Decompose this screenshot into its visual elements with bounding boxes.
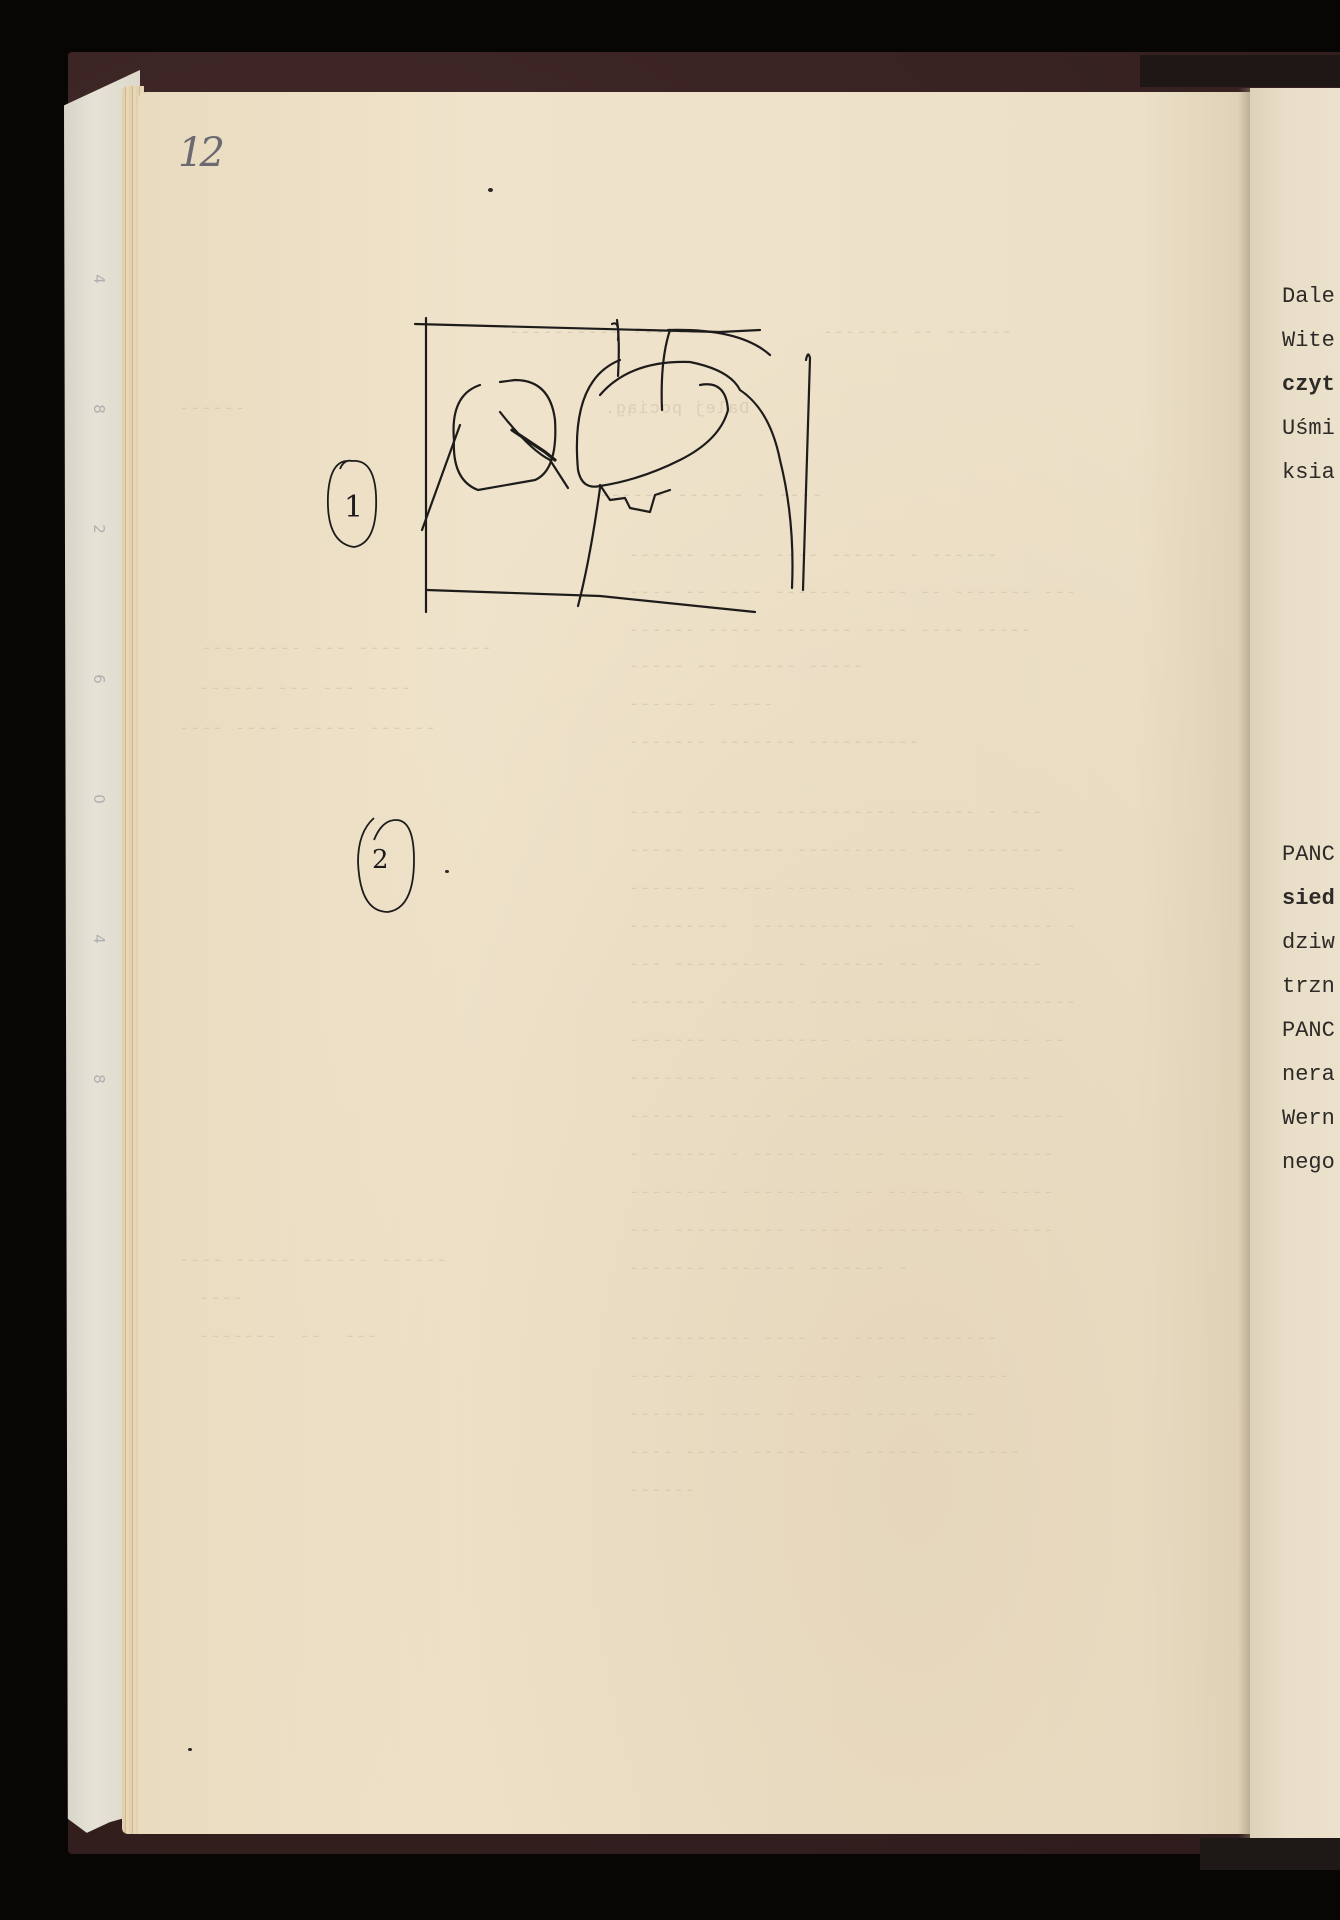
bleed-through-text: -- ------ -------- - ------- -- ------- [628, 1032, 1065, 1051]
svg-text:1: 1 [344, 490, 363, 525]
right-page-line: sied [1282, 886, 1340, 911]
svg-text:2: 2 [372, 845, 389, 875]
bleed-through-text: - ------- --- ---------- -------- ----- [628, 842, 1065, 861]
bleed-through-text: ---------- - -------- ----- ------ [628, 1368, 1009, 1387]
cover-edge-top [1140, 55, 1340, 87]
circled-label-2: 2 [352, 812, 422, 922]
bleed-through-text: ---- ----- ---- -- ---- ------- [628, 1406, 975, 1425]
bleed-through-text: ------------- ---- ----- ------- ------- [628, 994, 1076, 1013]
right-page-line: nego [1282, 1150, 1340, 1175]
right-page-line: PANC [1282, 1018, 1340, 1043]
right-page-line: trzn [1282, 974, 1340, 999]
right-page-line: nera [1282, 1062, 1340, 1087]
bleed-through-text: - ------- ------- ------- [628, 1260, 908, 1279]
bleed-through-text: ---- [198, 1290, 288, 1309]
bleed-through-text: ------ ------- ----- ------ - ------ - [628, 1146, 1054, 1165]
bleed-through-text: ------ [628, 1482, 695, 1501]
right-page-line: ksia [1282, 460, 1340, 485]
right-page-line: Uśmi [1282, 416, 1340, 441]
bleed-through-text: - ------ -------- ----------- --------- [628, 918, 1076, 937]
ink-speck [188, 1748, 192, 1751]
right-page-line: Dale [1282, 284, 1340, 309]
bleed-through-text: ----- ----- -- ---------- ------ ------ [628, 1108, 1065, 1127]
right-page-line: PANC [1282, 842, 1340, 867]
bleed-through-text: --- -- ------- [198, 1328, 377, 1347]
right-page-line: dziw [1282, 930, 1340, 955]
cover-edge-bottom [1200, 1838, 1340, 1870]
bleed-through-text: ----- - ------- -- --------- --------- [628, 1184, 1054, 1203]
bleed-through-text: ---- -------- ----- ----- - -------- [628, 1070, 1031, 1089]
ink-speck [445, 870, 449, 873]
bleed-through-text: ----- ------ -- ----- [628, 658, 863, 677]
right-page-line: Wite [1282, 328, 1340, 353]
bleed-through-text: ---- ---- ------- ----- ---------- --- [628, 1222, 1054, 1241]
right-page-line: czyt [1282, 372, 1340, 397]
circled-label-1: 1 [318, 455, 388, 555]
page-number: 12 [178, 130, 221, 176]
bleed-through-text: ---------- ------- ------- [628, 734, 919, 753]
bleed-through-text: ------ ------ ----- ---- [178, 1252, 447, 1271]
bleed-through-text: -------- ----- --- ----- ----- ---- [628, 1444, 1020, 1463]
bleed-through-text: ------ ------ ---- ---- [178, 720, 436, 739]
bleed-through-text: ---- - ------ [628, 696, 774, 715]
bleed-through-text: ------ --- -- ------ - ---------- --- [628, 956, 1042, 975]
bleed-through-text: ------- ----- -- ---- ----------- [628, 1330, 998, 1349]
bleed-through-text: -------- ---------- ------ ----- ------- [628, 880, 1076, 899]
right-page-line: Wern [1282, 1106, 1340, 1131]
bleed-through-text: --- - ------ ----------- ------ ----- [628, 804, 1042, 823]
ink-speck [488, 188, 493, 192]
bleed-through-text: ---- --- --- ------ [198, 680, 411, 699]
